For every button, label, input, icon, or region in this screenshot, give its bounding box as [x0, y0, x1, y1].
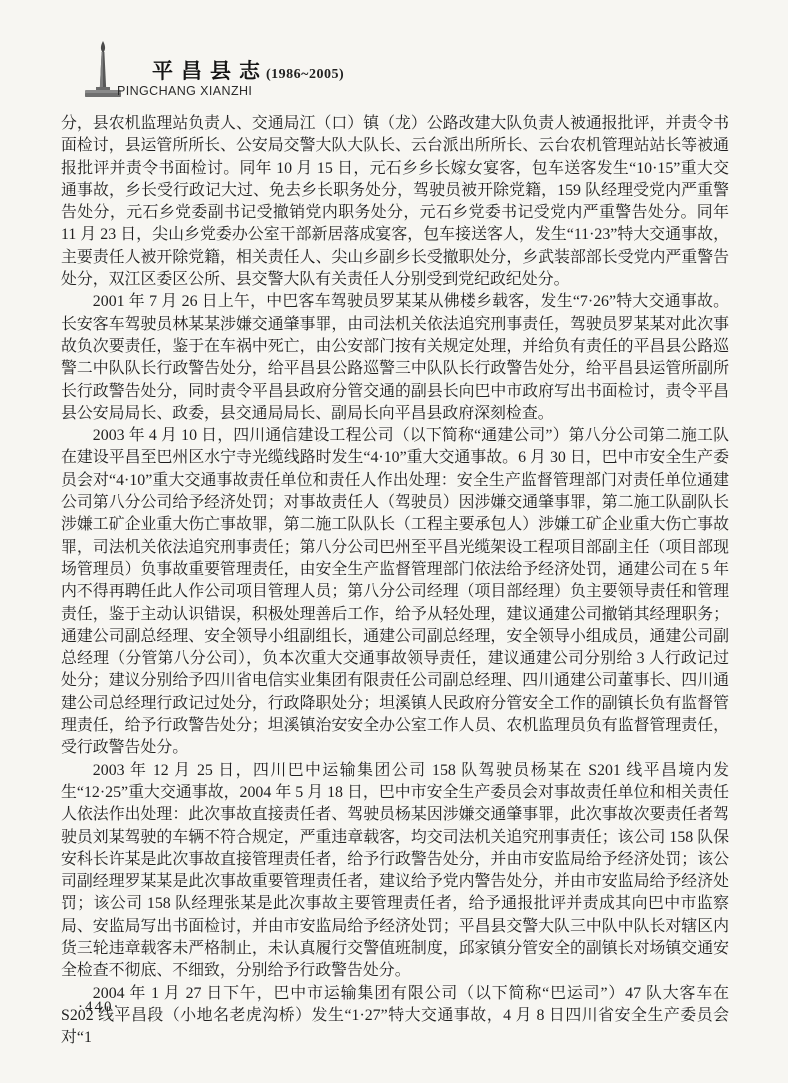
body-paragraph-2: 2001 年 7 月 26 日上午，中巴客车驾驶员罗某某从佛楼乡载客，发生“7·…: [61, 291, 729, 425]
body-paragraph-1: 分，县农机监理站负责人、交通局江（口）镇（龙）公路改建大队负责人被通报批评，并责…: [61, 113, 729, 291]
book-title-years: (1986~2005): [266, 67, 344, 82]
page-number: ·440·: [78, 999, 121, 1016]
book-title: 平昌县志(1986~2005): [152, 55, 344, 85]
book-title-pinyin: PINGCHANG XIANZHI: [117, 84, 252, 98]
body-paragraph-5: 2004 年 1 月 27 日下午，巴中市运输集团有限公司（以下简称“巴运司”）…: [61, 983, 729, 1050]
book-title-chinese: 平昌县志: [152, 59, 268, 83]
body-paragraph-4: 2003 年 12 月 25 日，四川巴中运输集团公司 158 队驾驶员杨某在 …: [61, 760, 729, 983]
book-page: 平昌县志(1986~2005) PINGCHANG XIANZHI 分，县农机监…: [0, 0, 788, 1083]
body-paragraph-3: 2003 年 4 月 10 日，四川通信建设工程公司（以下简称“通建公司”）第八…: [61, 425, 729, 759]
page-body-text: 分，县农机监理站负责人、交通局江（口）镇（龙）公路改建大队负责人被通报批评，并责…: [61, 113, 729, 1049]
